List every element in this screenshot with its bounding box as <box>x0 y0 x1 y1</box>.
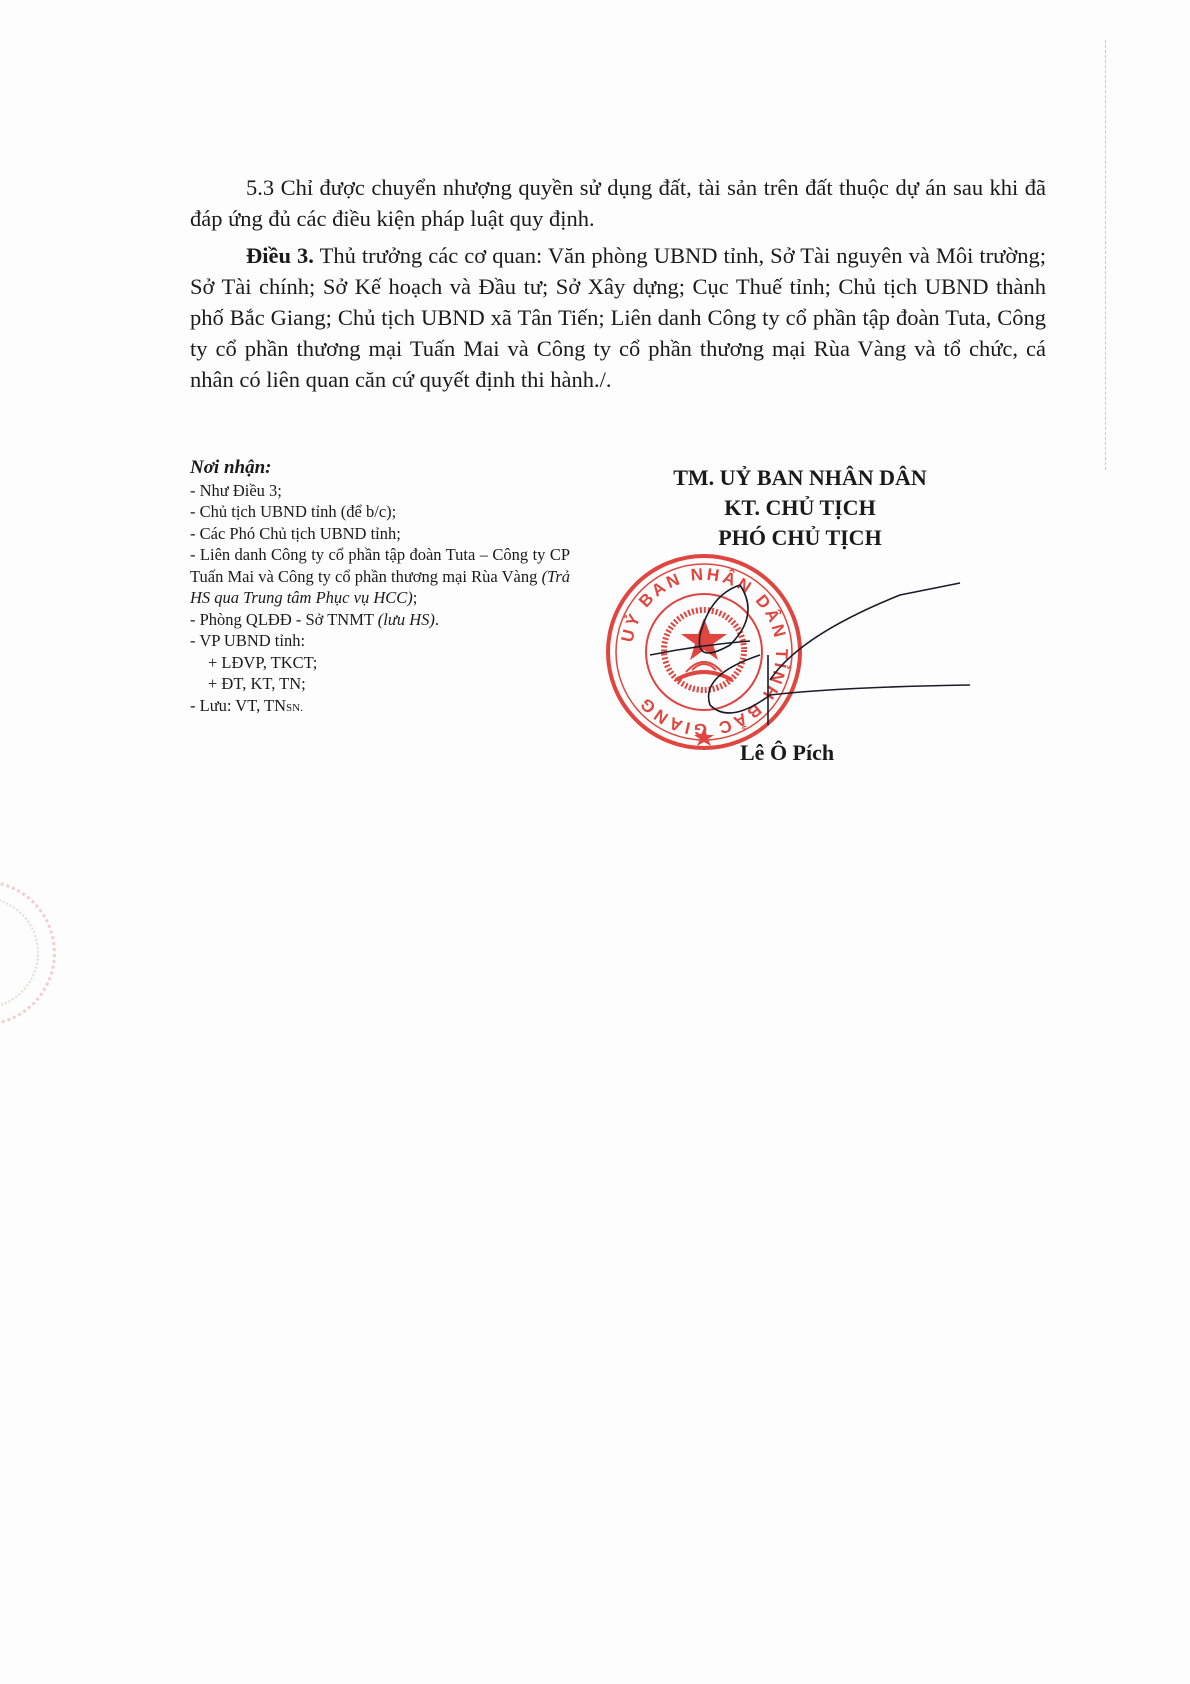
recipient-item-vp-ubnd: - VP UBND tỉnh: <box>190 630 570 652</box>
article-text: Thủ trưởng các cơ quan: Văn phòng UBND t… <box>190 243 1046 392</box>
scan-edge-line <box>1105 40 1106 470</box>
article-3: Điều 3. Thủ trưởng các cơ quan: Văn phòn… <box>190 240 1046 395</box>
recipients-heading: Nơi nhận: <box>190 457 570 479</box>
document-body: 5.3 Chỉ được chuyển nhượng quyền sử dụng… <box>190 172 1046 401</box>
partial-seal-fragment <box>0 880 56 1026</box>
signature-block: TM. UỶ BAN NHÂN DÂN KT. CHỦ TỊCH PHÓ CHỦ… <box>620 463 980 553</box>
signer-name: Lê Ô Pích <box>740 740 834 766</box>
article-heading: Điều 3. <box>246 243 314 268</box>
recipient-subitem: + LĐVP, TKCT; <box>190 652 570 674</box>
handwritten-signature-icon <box>640 575 1000 735</box>
recipient-item: - Như Điều 3; <box>190 480 570 502</box>
recipient-item: - Chủ tịch UBND tỉnh (để b/c); <box>190 501 570 523</box>
signature-title-1: TM. UỶ BAN NHÂN DÂN <box>620 463 980 493</box>
signature-title-3: PHÓ CHỦ TỊCH <box>620 523 980 553</box>
recipient-item-land-office: - Phòng QLĐĐ - Sở TNMT (lưu HS). <box>190 609 570 631</box>
signature-title-2: KT. CHỦ TỊCH <box>620 493 980 523</box>
document-page: 5.3 Chỉ được chuyển nhượng quyền sử dụng… <box>0 0 1190 1684</box>
clause-text: 5.3 Chỉ được chuyển nhượng quyền sử dụng… <box>190 175 1046 231</box>
recipients-list: Nơi nhận: - Như Điều 3; - Chủ tịch UBND … <box>190 457 570 719</box>
recipient-item: - Các Phó Chủ tịch UBND tỉnh; <box>190 523 570 545</box>
recipient-note: (lưu HS) <box>378 610 435 629</box>
recipient-subitem: + ĐT, KT, TN; <box>190 673 570 695</box>
clause-5-3: 5.3 Chỉ được chuyển nhượng quyền sử dụng… <box>190 172 1046 234</box>
recipient-item-joint-venture: - Liên danh Công ty cổ phần tập đoàn Tut… <box>190 544 570 609</box>
recipient-item-archive: - Lưu: VT, TNSN. <box>190 695 570 720</box>
